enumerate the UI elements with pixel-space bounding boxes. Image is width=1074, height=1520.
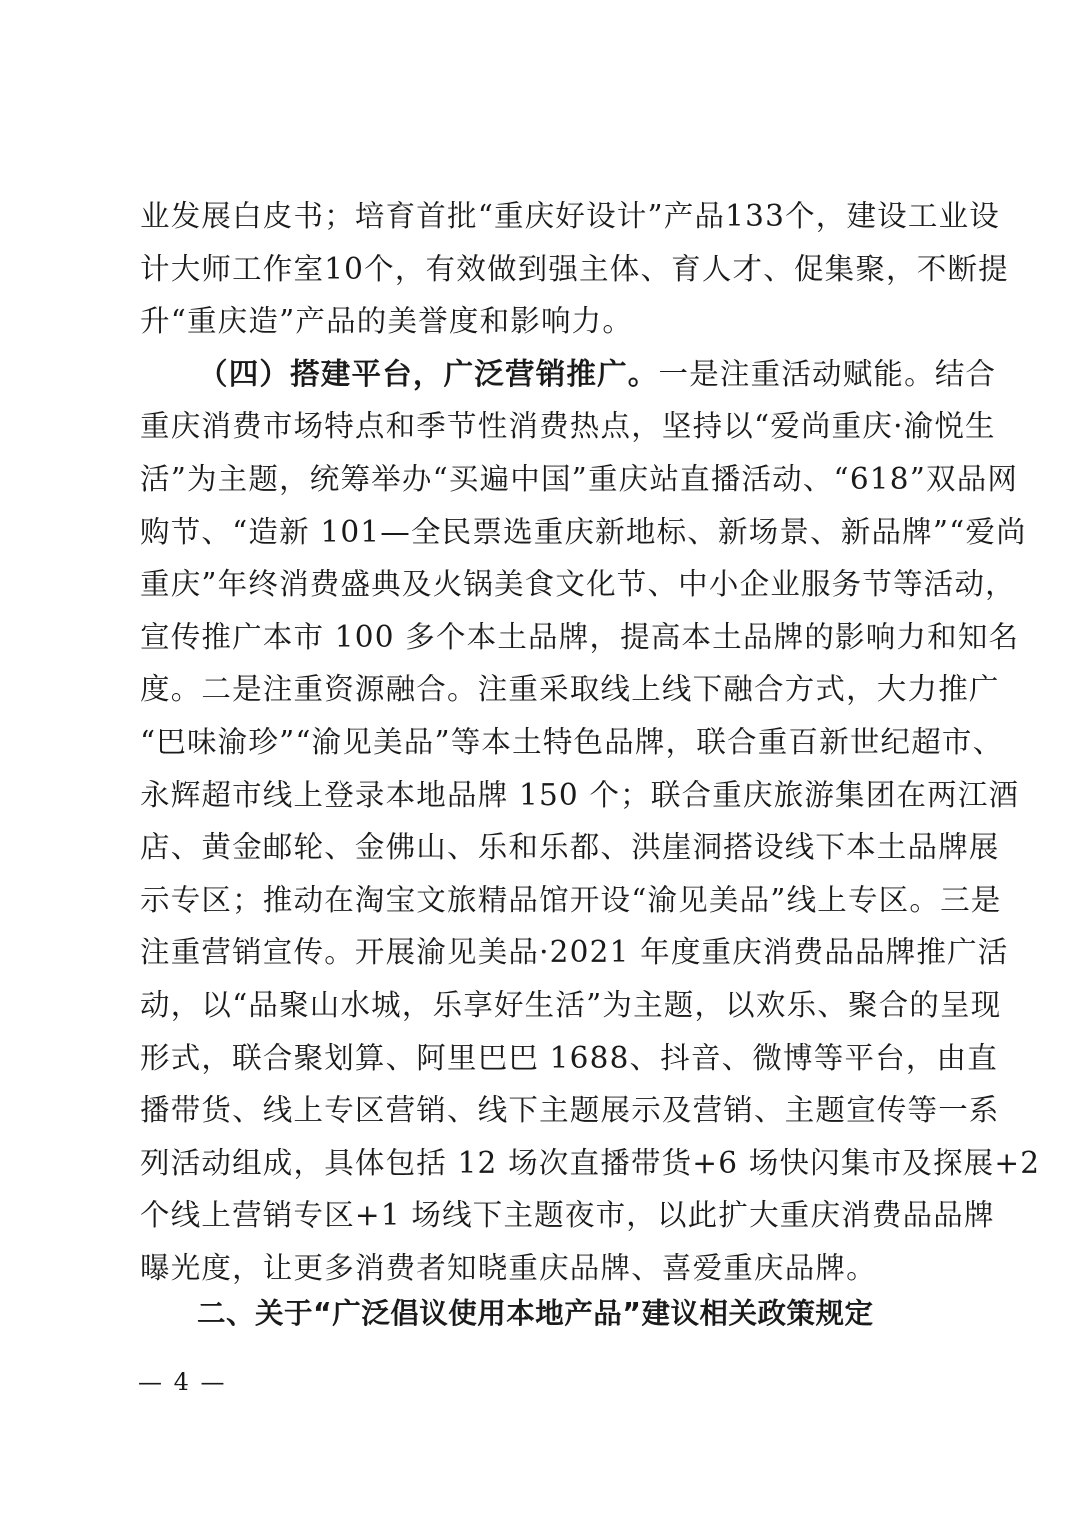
paragraph-line: 升“重庆造”产品的美誉度和影响力。 [140,295,940,348]
paragraph-line: 列活动组成，具体包括 12 场次直播带货+6 场快闪集市及探展+2 [140,1137,940,1190]
paragraph-line: 个线上营销专区+1 场线下主题夜市，以此扩大重庆消费品品牌 [140,1189,940,1242]
paragraph-line: 重庆消费市场特点和季节性消费热点，坚持以“爱尚重庆·渝悦生 [140,400,940,453]
paragraph-line: 永辉超市线上登录本地品牌 150 个；联合重庆旅游集团在两江酒 [140,769,940,822]
paragraph-line: 注重营销宣传。开展渝见美品·2021 年度重庆消费品品牌推广活 [140,926,940,979]
paragraph-line: 重庆”年终消费盛典及火锅美食文化节、中小企业服务节等活动， [140,558,940,611]
body-text: 业发展白皮书；培育首批“重庆好设计”产品133个，建设工业设 计大师工作室10个… [140,190,940,1294]
paragraph-line: 度。二是注重资源融合。注重采取线上线下融合方式，大力推广 [140,663,940,716]
paragraph-line: 动，以“品聚山水城，乐享好生活”为主题，以欢乐、聚合的呈现 [140,979,940,1032]
section-heading: 二、关于“广泛倡议使用本地产品”建议相关政策规定 [197,1288,873,1340]
section-4-first-line-rest: 一是注重活动赋能。结合 [659,357,997,391]
paragraph-line: 店、黄金邮轮、金佛山、乐和乐都、洪崖洞搭设线下本土品牌展 [140,821,940,874]
document-page: 业发展白皮书；培育首批“重庆好设计”产品133个，建设工业设 计大师工作室10个… [0,0,1074,1520]
paragraph-line: 播带货、线上专区营销、线下主题展示及营销、主题宣传等一系 [140,1084,940,1137]
paragraph-line: 业发展白皮书；培育首批“重庆好设计”产品133个，建设工业设 [140,190,940,243]
paragraph-line: 宣传推广本市 100 多个本土品牌，提高本土品牌的影响力和知名 [140,611,940,664]
page-number: — 4 — [138,1368,227,1396]
paragraph-line: 活”为主题，统筹举办“买遍中国”重庆站直播活动、“618”双品网 [140,453,940,506]
paragraph-line: 计大师工作室10个，有效做到强主体、育人才、促集聚，不断提 [140,243,940,296]
paragraph-line: 购节、“造新 101—全民票选重庆新地标、新场景、新品牌”“爱尚 [140,506,940,559]
paragraph-line: 曝光度，让更多消费者知晓重庆品牌、喜爱重庆品牌。 [140,1242,940,1295]
paragraph-line: 示专区；推动在淘宝文旅精品馆开设“渝见美品”线上专区。三是 [140,874,940,927]
section-4-first-line: （四）搭建平台，广泛营销推广。一是注重活动赋能。结合 [140,348,940,401]
paragraph-line: “巴味渝珍”“渝见美品”等本土特色品牌，联合重百新世纪超市、 [140,716,940,769]
paragraph-line: 形式，联合聚划算、阿里巴巴 1688、抖音、微博等平台，由直 [140,1032,940,1085]
section-4-title: （四）搭建平台，广泛营销推广。 [198,356,659,391]
